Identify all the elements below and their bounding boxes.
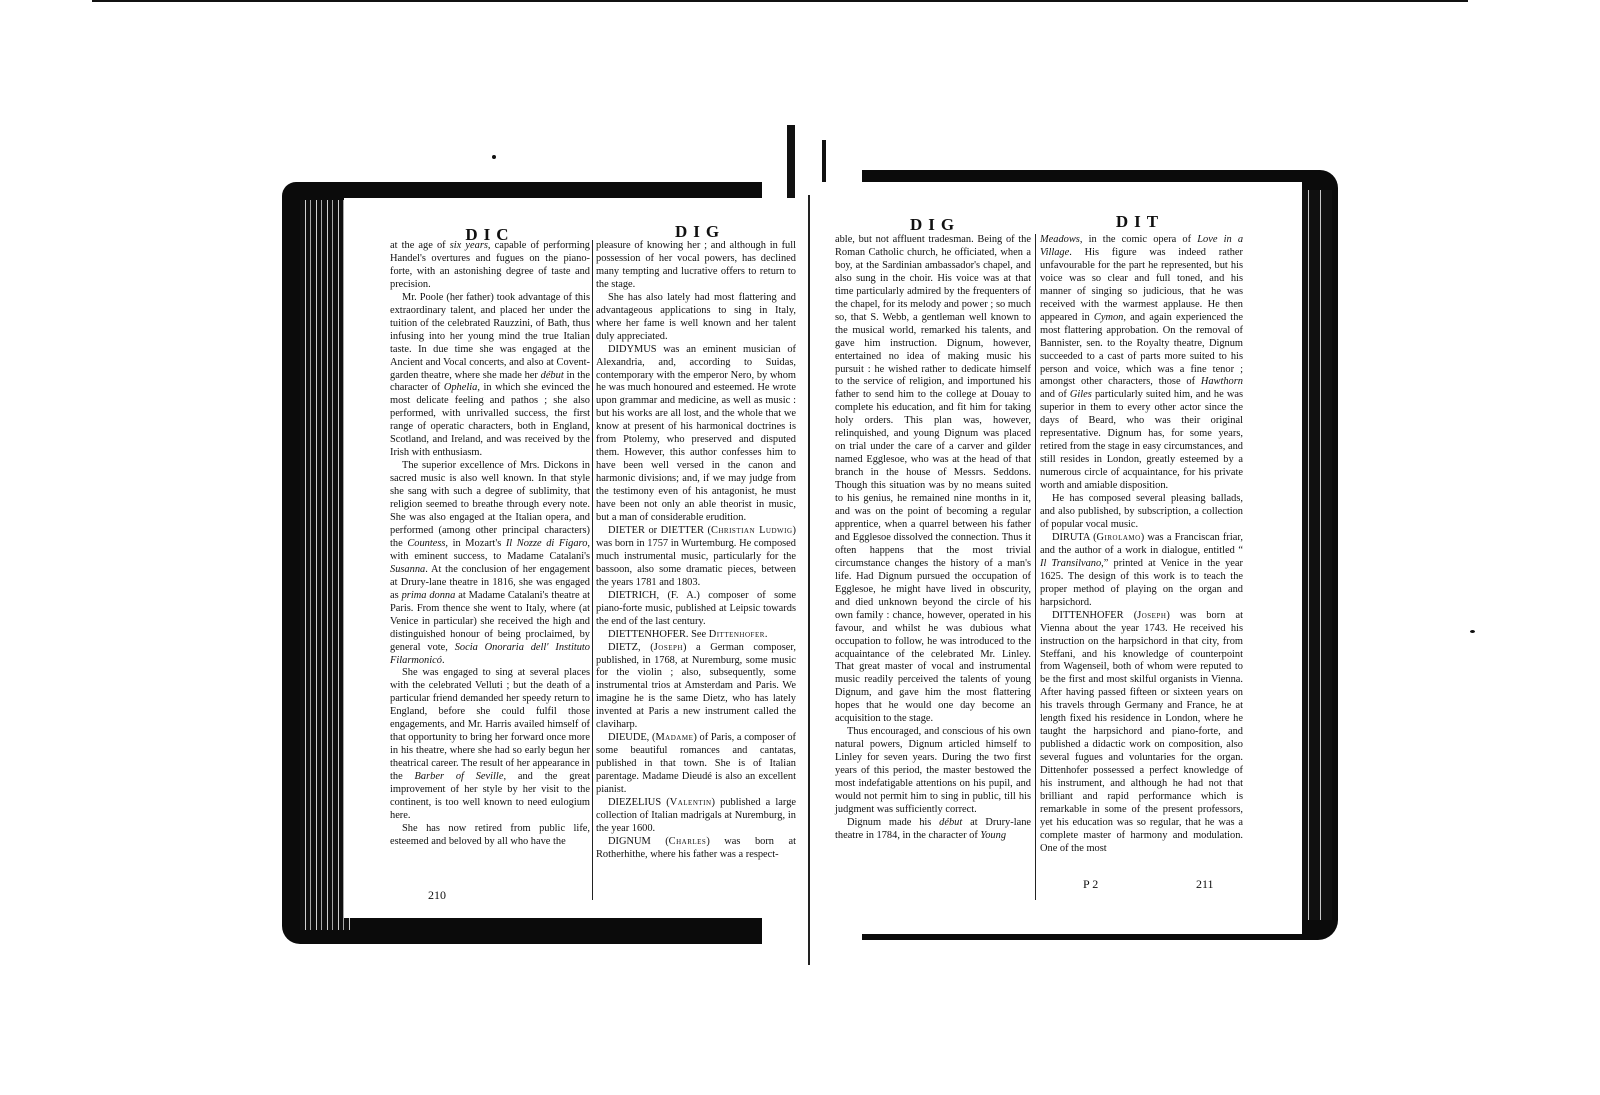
page-edges-right <box>1302 190 1332 920</box>
paragraph: She has also lately had most flattering … <box>596 292 796 344</box>
paragraph: DIGNUM (Charles) was born at Rotherhithe… <box>596 836 796 862</box>
paragraph: Dignum made his début at Drury-lane thea… <box>835 817 1031 843</box>
paragraph: She has now retired from public life, es… <box>390 823 590 849</box>
text-column: pleasure of knowing her ; and although i… <box>596 240 796 862</box>
column-rule <box>1035 234 1036 900</box>
text-column: Meadows, in the comic opera of Love in a… <box>1040 234 1243 856</box>
paragraph: DIETZ, (Joseph) a German composer, publi… <box>596 642 796 733</box>
paragraph: DIEUDE, (Madame) of Paris, a composer of… <box>596 732 796 797</box>
running-head: DIT <box>1090 212 1190 232</box>
page-number: 210 <box>428 888 446 903</box>
paragraph: DIETER or DIETTER (Christian Ludwig) was… <box>596 525 796 590</box>
paragraph: DIETTENHOFER. See Dittenhofer. <box>596 629 796 642</box>
signature-mark: P 2 <box>1083 877 1098 892</box>
paragraph: at the age of six years, capable of perf… <box>390 240 590 292</box>
paragraph: DITTENHOFER (Joseph) was born at Vienna … <box>1040 610 1243 856</box>
column-rule <box>592 240 593 900</box>
scan-speck <box>1470 630 1475 633</box>
paragraph: Mr. Poole (her father) took advantage of… <box>390 292 590 460</box>
running-head: DIG <box>650 222 750 242</box>
scan-speck <box>492 155 496 159</box>
paragraph: Thus encouraged, and conscious of his ow… <box>835 726 1031 817</box>
paragraph: Meadows, in the comic opera of Love in a… <box>1040 234 1243 493</box>
text-column: able, but not affluent tradesman. Being … <box>835 234 1031 843</box>
paragraph: DIRUTA (Girolamo) was a Franciscan friar… <box>1040 532 1243 610</box>
paragraph: DIDYMUS was an eminent musician of Alexa… <box>596 344 796 525</box>
paragraph: able, but not affluent tradesman. Being … <box>835 234 1031 726</box>
book-gutter <box>808 195 810 965</box>
paragraph: pleasure of knowing her ; and although i… <box>596 240 796 292</box>
paragraph: DIETRICH, (F. A.) composer of some piano… <box>596 590 796 629</box>
text-column: at the age of six years, capable of perf… <box>390 240 590 849</box>
page-edges-left <box>300 200 350 930</box>
page-number: 211 <box>1196 877 1214 892</box>
running-head: DIG <box>885 215 985 235</box>
paragraph: She was engaged to sing at several place… <box>390 667 590 822</box>
paragraph: DIEZELIUS (Valentin) published a large c… <box>596 797 796 836</box>
paragraph: The superior excellence of Mrs. Dickons … <box>390 460 590 667</box>
paragraph: He has composed several pleasing ballads… <box>1040 493 1243 532</box>
scan-top-edge <box>92 0 1468 2</box>
